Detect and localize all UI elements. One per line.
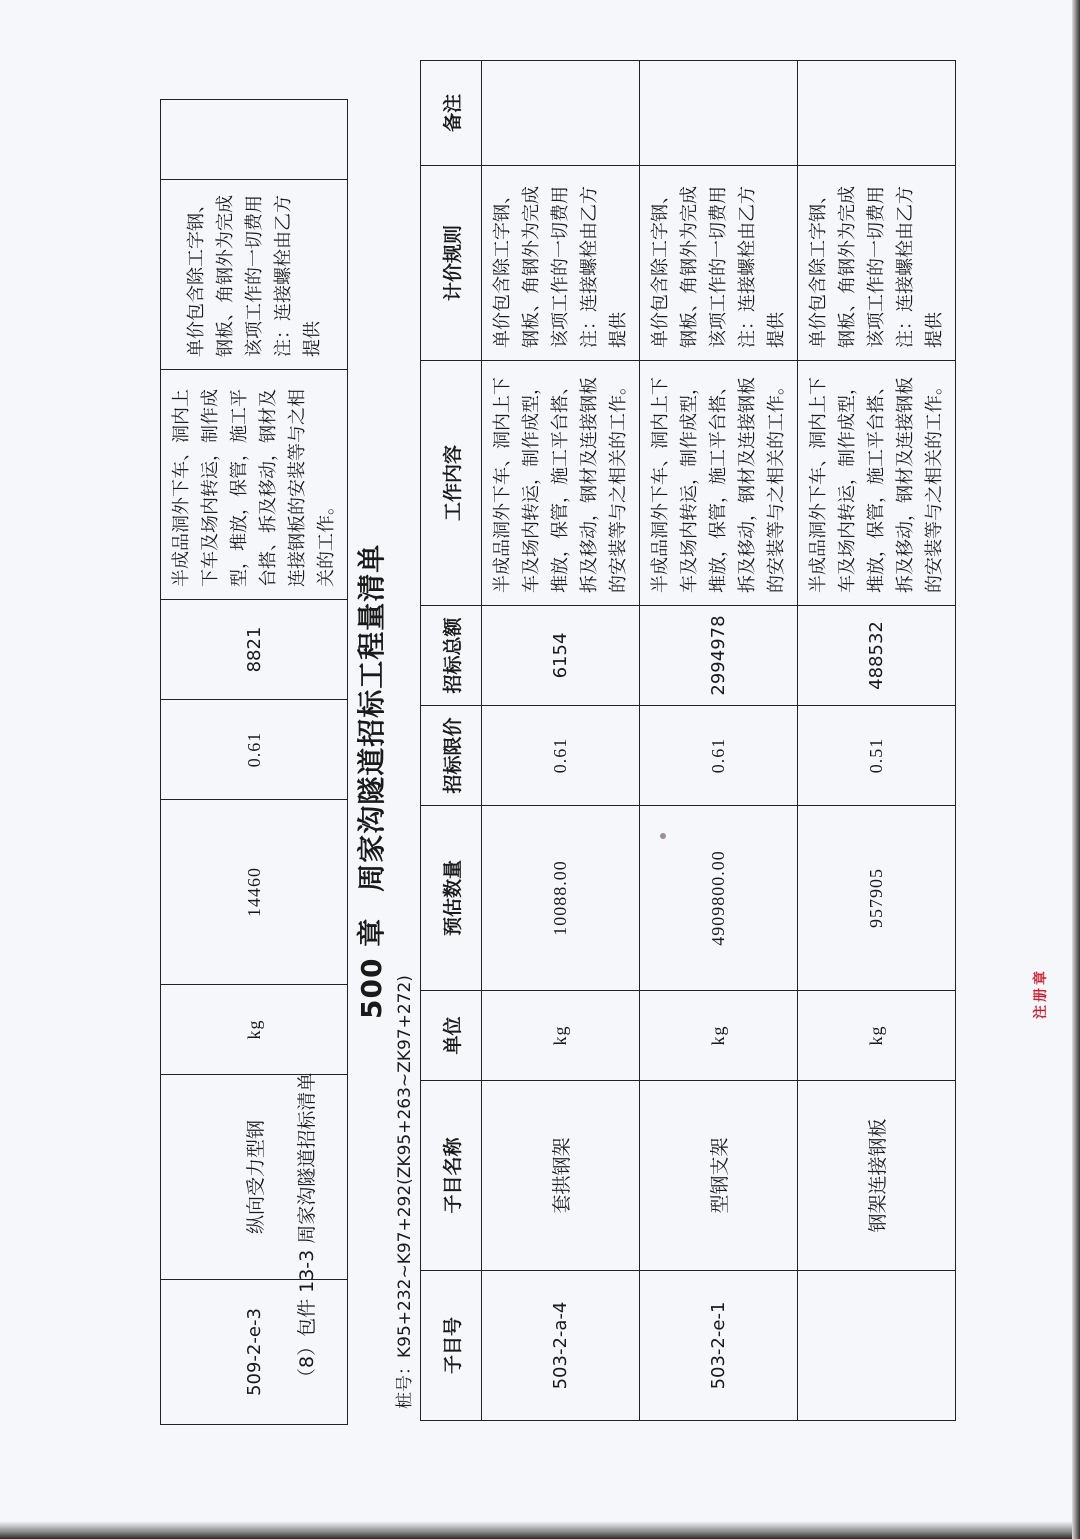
pricing-rule-text: 单价包含除工字钢、钢板、角钢外为完成该项工作的一切费用 bbox=[488, 176, 575, 348]
header-remark: 备注 bbox=[421, 61, 482, 166]
item-name: 纵向受力型钢 bbox=[161, 1075, 348, 1280]
pricing-rule-note: 注：连接螺栓由乙方提供 bbox=[269, 190, 327, 357]
header-row: 子目号 子目名称 单位 预估数量 招标限价 招标总额 工作内容 计价规则 备注 bbox=[421, 61, 482, 1421]
scan-bottom-edge bbox=[1072, 0, 1080, 1539]
item-work-content: 半成品洞外下车、洞内上下车及场内转运，制作成型，堆放，保管，施工平台搭、拆及移动… bbox=[161, 370, 348, 600]
item-remark bbox=[161, 100, 348, 180]
item-code: 503-2-e-1 bbox=[640, 1271, 798, 1421]
table-row: 503-2-e-1 型钢支架 kg 4909800.00 0.61 299497… bbox=[640, 61, 798, 1421]
item-code bbox=[798, 1271, 956, 1421]
table-row: 503-2-a-4 套拱钢架 kg 10088.00 0.61 6154 半成品… bbox=[482, 61, 640, 1421]
item-work-content: 半成品洞外下车、洞内上下车及场内转运，制作成型，堆放，保管，施工平台搭、拆及移动… bbox=[798, 361, 956, 606]
item-quantity: 957905 bbox=[798, 806, 956, 991]
header-quantity: 预估数量 bbox=[421, 806, 482, 991]
item-limit-price: 0.61 bbox=[482, 706, 640, 806]
item-quantity: 10088.00 bbox=[482, 806, 640, 991]
continuation-table: 509-2-e-3 纵向受力型钢 kg 14460 0.61 8821 半成品洞… bbox=[160, 99, 348, 1425]
section-caption: （8）包件 13-3 周家沟隧道招标清单 bbox=[292, 1073, 319, 1387]
item-pricing-rule: 单价包含除工字钢、钢板、角钢外为完成该项工作的一切费用 注：连接螺栓由乙方提供 bbox=[482, 166, 640, 361]
chapter-label: 500 章 bbox=[355, 918, 388, 1019]
title-name: 周家沟隧道招标工程量清单 bbox=[355, 544, 388, 892]
pricing-rule-text: 单价包含除工字钢、钢板、角钢外为完成该项工作的一切费用 bbox=[646, 176, 733, 348]
item-work-content: 半成品洞外下车、洞内上下车及场内转运，制作成型，堆放，保管，施工平台搭、拆及移动… bbox=[482, 361, 640, 606]
scan-speck bbox=[660, 833, 666, 839]
pricing-rule-text: 单价包含除工字钢、钢板、角钢外为完成该项工作的一切费用 bbox=[182, 190, 269, 357]
item-name: 套拱钢架 bbox=[482, 1081, 640, 1271]
item-remark bbox=[482, 61, 640, 166]
item-pricing-rule: 单价包含除工字钢、钢板、角钢外为完成该项工作的一切费用 注：连接螺栓由乙方提供 bbox=[640, 166, 798, 361]
scanned-document-page: 509-2-e-3 纵向受力型钢 kg 14460 0.61 8821 半成品洞… bbox=[0, 0, 1080, 1539]
header-unit: 单位 bbox=[421, 991, 482, 1081]
item-pricing-rule: 单价包含除工字钢、钢板、角钢外为完成该项工作的一切费用 注：连接螺栓由乙方提供 bbox=[161, 180, 348, 370]
item-limit-price: 0.61 bbox=[161, 700, 348, 800]
item-total: 6154 bbox=[482, 606, 640, 706]
red-stamp-fragment: 注册章 bbox=[1030, 949, 1042, 1019]
item-unit: kg bbox=[798, 991, 956, 1081]
header-name: 子目名称 bbox=[421, 1081, 482, 1271]
pricing-rule-note: 注：连接螺栓由乙方提供 bbox=[575, 176, 633, 348]
item-code: 509-2-e-3 bbox=[161, 1280, 348, 1425]
item-pricing-rule: 单价包含除工字钢、钢板、角钢外为完成该项工作的一切费用 注：连接螺栓由乙方提供 bbox=[798, 166, 956, 361]
table-row: 钢架连接钢板 kg 957905 0.51 488532 半成品洞外下车、洞内上… bbox=[798, 61, 956, 1421]
item-total: 488532 bbox=[798, 606, 956, 706]
item-remark bbox=[798, 61, 956, 166]
pricing-rule-note: 注：连接螺栓由乙方提供 bbox=[891, 176, 949, 348]
stake-label: 桩号：K95+232~K97+292(ZK95+263~ZK97+272) bbox=[390, 975, 415, 1409]
table-row: 509-2-e-3 纵向受力型钢 kg 14460 0.61 8821 半成品洞… bbox=[161, 100, 348, 1425]
scan-edge-shadow bbox=[0, 1521, 1080, 1539]
item-limit-price: 0.51 bbox=[798, 706, 956, 806]
item-work-content: 半成品洞外下车、洞内上下车及场内转运，制作成型，堆放，保管，施工平台搭、拆及移动… bbox=[640, 361, 798, 606]
header-work-content: 工作内容 bbox=[421, 361, 482, 606]
header-code: 子目号 bbox=[421, 1271, 482, 1421]
header-total: 招标总额 bbox=[421, 606, 482, 706]
item-unit: kg bbox=[161, 985, 348, 1075]
bill-of-quantities-table: 子目号 子目名称 单位 预估数量 招标限价 招标总额 工作内容 计价规则 备注 … bbox=[420, 60, 956, 1421]
item-name: 型钢支架 bbox=[640, 1081, 798, 1271]
header-limit-price: 招标限价 bbox=[421, 706, 482, 806]
item-total: 2994978 bbox=[640, 606, 798, 706]
item-code: 503-2-a-4 bbox=[482, 1271, 640, 1421]
item-total: 8821 bbox=[161, 600, 348, 700]
item-unit: kg bbox=[482, 991, 640, 1081]
item-quantity: 14460 bbox=[161, 800, 348, 985]
pricing-rule-note: 注：连接螺栓由乙方提供 bbox=[733, 176, 791, 348]
item-unit: kg bbox=[640, 991, 798, 1081]
item-remark bbox=[640, 61, 798, 166]
item-limit-price: 0.61 bbox=[640, 706, 798, 806]
header-pricing-rule: 计价规则 bbox=[421, 166, 482, 361]
page-title: 500 章周家沟隧道招标工程量清单 bbox=[350, 544, 390, 1019]
pricing-rule-text: 单价包含除工字钢、钢板、角钢外为完成该项工作的一切费用 bbox=[804, 176, 891, 348]
item-name: 钢架连接钢板 bbox=[798, 1081, 956, 1271]
